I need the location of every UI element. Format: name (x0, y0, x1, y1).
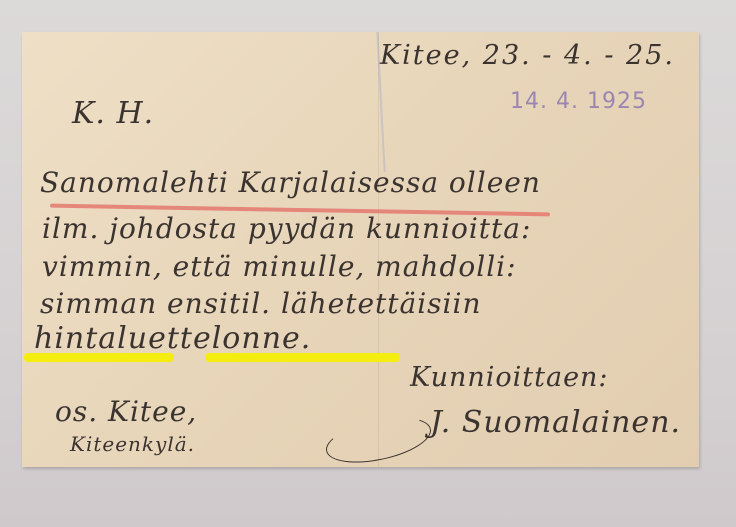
greeting: K. H. (72, 96, 154, 131)
body-line-4: simman ensitil. lähetettäisiin (40, 287, 481, 320)
signature: J. Suomalainen. (430, 405, 681, 440)
sender-address-line-1: os. Kitee, (55, 395, 197, 428)
closing: Kunnioittaen: (410, 362, 609, 393)
received-date-stamp: 14. 4. 1925 (510, 89, 647, 114)
body-line-3: vimmin, että minulle, mahdolli: (42, 250, 517, 283)
sender-address-line-2: Kiteenkylä. (70, 432, 195, 456)
body-line-5: hintaluettelonne. (34, 321, 311, 356)
place-date: Kitee, 23. - 4. - 25. (380, 40, 675, 71)
body-line-1: Sanomalehti Karjalaisessa olleen (40, 166, 541, 199)
yellow-highlight-right (205, 353, 400, 362)
yellow-highlight-left (24, 353, 174, 362)
body-line-2: ilm. johdosta pyydän kunnioitta: (42, 212, 531, 245)
